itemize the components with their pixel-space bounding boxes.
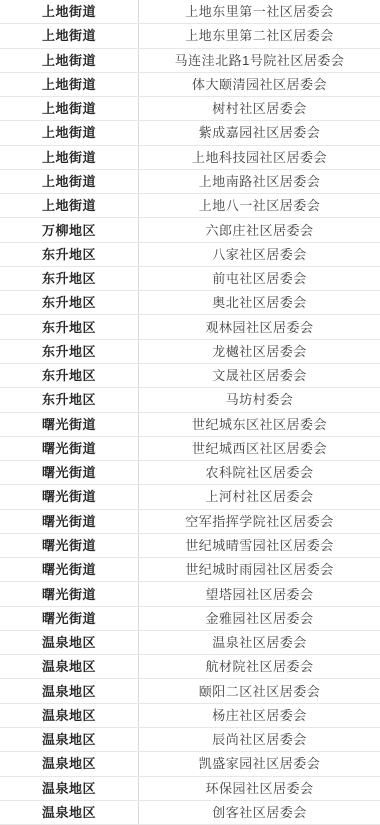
district-cell: 东升地区 [0,388,139,411]
table-row: 东升地区 文晟社区居委会 [0,364,380,388]
community-cell: 观林园社区居委会 [139,315,380,338]
community-cell: 上地科技园社区居委会 [139,146,380,169]
community-cell: 农科院社区居委会 [139,461,380,484]
table-row: 上地街道 紫成嘉园社区居委会 [0,121,380,145]
table-row: 曙光街道 农科院社区居委会 [0,461,380,485]
community-cell: 辰尚社区居委会 [139,728,380,751]
community-cell: 上河村社区居委会 [139,485,380,508]
community-cell: 体大颐清园社区居委会 [139,73,380,96]
district-cell: 上地街道 [0,24,139,47]
community-cell: 世纪城晴雪园社区居委会 [139,534,380,557]
community-cell: 创客社区居委会 [139,801,380,824]
district-cell: 东升地区 [0,267,139,290]
district-cell: 上地街道 [0,97,139,120]
district-cell: 曙光街道 [0,485,139,508]
page: 上地街道 上地东里第一社区居委会 上地街道 上地东里第二社区居委会 上地街道 马… [0,0,380,825]
community-cell: 凯盛家园社区居委会 [139,752,380,775]
community-cell: 世纪城西区社区居委会 [139,437,380,460]
table-row: 上地街道 树村社区居委会 [0,97,380,121]
district-cell: 曙光街道 [0,413,139,436]
table-row: 东升地区 奥北社区居委会 [0,291,380,315]
district-cell: 上地街道 [0,194,139,217]
table-row: 曙光街道 上河村社区居委会 [0,485,380,509]
community-cell: 上地东里第二社区居委会 [139,24,380,47]
district-cell: 曙光街道 [0,437,139,460]
table-row: 温泉地区 创客社区居委会 [0,801,380,825]
district-cell: 上地街道 [0,170,139,193]
community-cell: 颐阳二区社区居委会 [139,679,380,702]
table-row: 东升地区 马坊村委会 [0,388,380,412]
community-cell: 世纪城东区社区居委会 [139,413,380,436]
table-row: 温泉地区 航材院社区居委会 [0,655,380,679]
community-cell: 上地八一社区居委会 [139,194,380,217]
community-cell: 树村社区居委会 [139,97,380,120]
community-cell: 奥北社区居委会 [139,291,380,314]
table-row: 曙光街道 世纪城东区社区居委会 [0,413,380,437]
table-row: 上地街道 上地八一社区居委会 [0,194,380,218]
community-cell: 文晟社区居委会 [139,364,380,387]
district-cell: 上地街道 [0,121,139,144]
table-row: 万柳地区 六郎庄社区居委会 [0,218,380,242]
table-row: 上地街道 上地东里第二社区居委会 [0,24,380,48]
table-row: 曙光街道 望塔园社区居委会 [0,582,380,606]
community-table: 上地街道 上地东里第一社区居委会 上地街道 上地东里第二社区居委会 上地街道 马… [0,0,380,825]
table-row: 温泉地区 凯盛家园社区居委会 [0,752,380,776]
district-cell: 温泉地区 [0,777,139,800]
community-cell: 世纪城时雨园社区居委会 [139,558,380,581]
district-cell: 上地街道 [0,0,139,23]
district-cell: 东升地区 [0,291,139,314]
district-cell: 东升地区 [0,315,139,338]
community-cell: 金雅园社区居委会 [139,607,380,630]
community-cell: 前屯社区居委会 [139,267,380,290]
table-row: 曙光街道 世纪城西区社区居委会 [0,437,380,461]
district-cell: 上地街道 [0,73,139,96]
table-row: 温泉地区 颐阳二区社区居委会 [0,679,380,703]
district-cell: 曙光街道 [0,534,139,557]
district-cell: 曙光街道 [0,607,139,630]
community-cell: 紫成嘉园社区居委会 [139,121,380,144]
table-row: 温泉地区 辰尚社区居委会 [0,728,380,752]
community-cell: 马连洼北路1号院社区居委会 [139,49,380,72]
district-cell: 万柳地区 [0,218,139,241]
community-cell: 六郎庄社区居委会 [139,218,380,241]
district-cell: 温泉地区 [0,728,139,751]
table-row: 温泉地区 温泉社区居委会 [0,631,380,655]
community-cell: 空军指挥学院社区居委会 [139,510,380,533]
table-row: 上地街道 上地南路社区居委会 [0,170,380,194]
district-cell: 温泉地区 [0,655,139,678]
district-cell: 温泉地区 [0,801,139,824]
district-cell: 温泉地区 [0,679,139,702]
district-cell: 温泉地区 [0,704,139,727]
community-cell: 八家社区居委会 [139,243,380,266]
table-row: 东升地区 八家社区居委会 [0,243,380,267]
district-cell: 东升地区 [0,340,139,363]
table-row: 曙光街道 空军指挥学院社区居委会 [0,510,380,534]
district-cell: 东升地区 [0,364,139,387]
district-cell: 曙光街道 [0,510,139,533]
district-cell: 曙光街道 [0,558,139,581]
district-cell: 曙光街道 [0,461,139,484]
community-cell: 上地东里第一社区居委会 [139,0,380,23]
table-row: 曙光街道 世纪城时雨园社区居委会 [0,558,380,582]
district-cell: 上地街道 [0,49,139,72]
table-row: 曙光街道 世纪城晴雪园社区居委会 [0,534,380,558]
table-row: 曙光街道 金雅园社区居委会 [0,607,380,631]
table-row: 温泉地区 杨庄社区居委会 [0,704,380,728]
community-cell: 温泉社区居委会 [139,631,380,654]
table-row: 东升地区 观林园社区居委会 [0,315,380,339]
community-cell: 航材院社区居委会 [139,655,380,678]
community-cell: 龙樾社区居委会 [139,340,380,363]
table-row: 上地街道 马连洼北路1号院社区居委会 [0,49,380,73]
table-row: 温泉地区 环保园社区居委会 [0,777,380,801]
table-row: 上地街道 体大颐清园社区居委会 [0,73,380,97]
table-row: 上地街道 上地东里第一社区居委会 [0,0,380,24]
table-row: 东升地区 龙樾社区居委会 [0,340,380,364]
community-cell: 望塔园社区居委会 [139,582,380,605]
table-row: 东升地区 前屯社区居委会 [0,267,380,291]
community-cell: 上地南路社区居委会 [139,170,380,193]
table-row: 上地街道 上地科技园社区居委会 [0,146,380,170]
district-cell: 温泉地区 [0,631,139,654]
district-cell: 东升地区 [0,243,139,266]
district-cell: 上地街道 [0,146,139,169]
district-cell: 温泉地区 [0,752,139,775]
community-cell: 杨庄社区居委会 [139,704,380,727]
community-cell: 马坊村委会 [139,388,380,411]
district-cell: 曙光街道 [0,582,139,605]
community-cell: 环保园社区居委会 [139,777,380,800]
